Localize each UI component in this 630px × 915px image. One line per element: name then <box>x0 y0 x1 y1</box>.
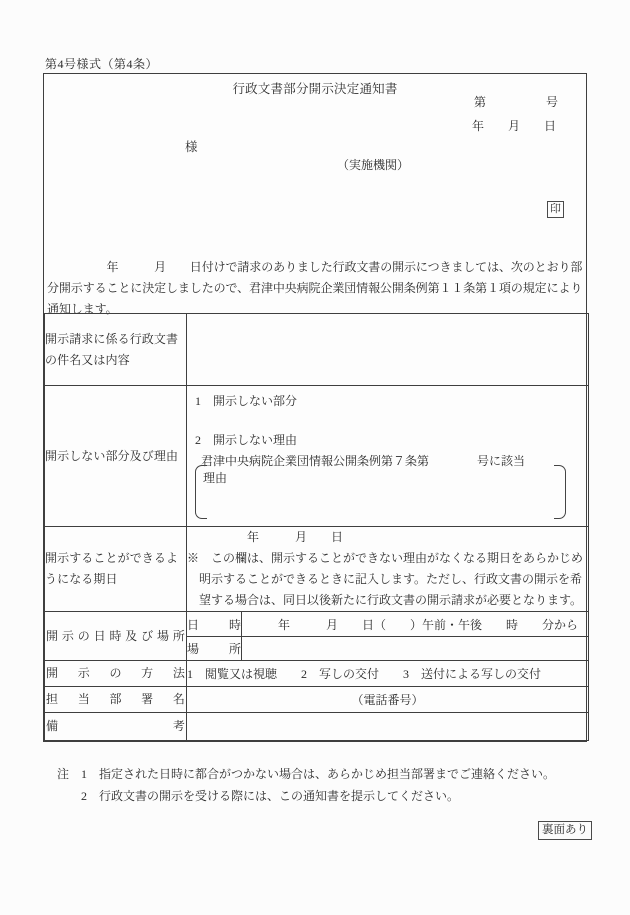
reason-label: 理由 <box>203 469 227 486</box>
future-date-note3: 望する場合は、同日以後新たに行政文書の開示請求が必要となります。 <box>187 590 588 611</box>
remarks-value <box>187 713 589 741</box>
document-date-field: 年 月 日 <box>472 117 556 134</box>
table-row-method: 開示の方法 1 閲覧又は視聴 2 写しの交付 3 送付による写しの交付 <box>45 661 589 687</box>
document-number-field: 第 号 <box>474 93 558 110</box>
nondisclosure-label: 開示しない部分及び理由 <box>45 386 187 527</box>
intro-paragraph: 年 月 日付けで請求のありました行政文書の開示につきましては、次のとおり部 分開… <box>47 257 585 320</box>
future-date-line: 年 月 日 <box>187 527 588 548</box>
department-value: （電話番号） <box>187 687 589 713</box>
form-code-label: 第4号様式（第4条） <box>45 55 158 72</box>
seal-placeholder: 印 <box>547 201 564 218</box>
datetime-place-label: 開示の日時及び場所 <box>45 612 187 661</box>
nondisclosure-value: 1 開示しない部分 2 開示しない理由 君津中央病院企業団情報公開条例第７条第 … <box>187 386 589 527</box>
table-row-department: 担当部署名 （電話番号） <box>45 687 589 713</box>
table-row-future-date: 開示することができるようになる期日 年 月 日 ※ この欄は、開示することができ… <box>45 527 589 612</box>
future-date-label: 開示することができるようになる期日 <box>45 527 187 612</box>
datetime-sublabel: 日時 <box>187 612 242 637</box>
future-date-note1: ※ この欄は、開示することができない理由がなくなる期日をあらかじめ <box>187 548 588 569</box>
subject-value <box>187 314 589 386</box>
back-side-note-badge: 裏面あり <box>538 821 592 840</box>
notice-form-box: 行政文書部分開示決定通知書 第 号 年 月 日 様 （実施機関） 印 年 月 日… <box>43 73 587 742</box>
nondisclosure-item2: 2 開示しない理由 <box>195 431 297 448</box>
nondisclosure-content: 1 開示しない部分 2 開示しない理由 君津中央病院企業団情報公開条例第７条第 … <box>187 386 588 526</box>
addressee-suffix: 様 <box>185 137 198 155</box>
reason-bracket-right <box>554 465 566 519</box>
notice-table: 開示請求に係る行政文書の件名又は内容 開示しない部分及び理由 1 開示しない部分… <box>44 313 589 741</box>
nondisclosure-item1: 1 開示しない部分 <box>195 392 297 409</box>
issuing-agency-label: （実施機関） <box>337 156 409 173</box>
place-sublabel: 場所 <box>187 637 242 661</box>
table-row-subject: 開示請求に係る行政文書の件名又は内容 <box>45 314 589 386</box>
table-row-datetime: 開示の日時及び場所 日時 年 月 日（ ）午前・午後 時 分から <box>45 612 589 637</box>
future-date-value: 年 月 日 ※ この欄は、開示することができない理由がなくなる期日をあらかじめ … <box>187 527 589 612</box>
place-value <box>242 637 589 661</box>
method-value: 1 閲覧又は視聴 2 写しの交付 3 送付による写しの交付 <box>187 661 589 687</box>
table-row-nondisclosure: 開示しない部分及び理由 1 開示しない部分 2 開示しない理由 君津中央病院企業… <box>45 386 589 527</box>
future-date-note2: 明示することができるときに記入します。ただし、行政文書の開示を希 <box>187 569 588 590</box>
nondisclosure-law-line: 君津中央病院企業団情報公開条例第７条第 号に該当 <box>201 452 525 469</box>
document-page: 第4号様式（第4条） 行政文書部分開示決定通知書 第 号 年 月 日 様 （実施… <box>0 0 630 915</box>
table-row-remarks: 備考 <box>45 713 589 741</box>
method-label: 開示の方法 <box>45 661 187 687</box>
footer-notes: 注 1 指定された日時に都合がつかない場合は、あらかじめ担当部署までご連絡くださ… <box>57 764 555 807</box>
remarks-label: 備考 <box>45 713 187 741</box>
department-label: 担当部署名 <box>45 687 187 713</box>
subject-label: 開示請求に係る行政文書の件名又は内容 <box>45 314 187 386</box>
datetime-value: 年 月 日（ ）午前・午後 時 分から <box>242 612 589 637</box>
